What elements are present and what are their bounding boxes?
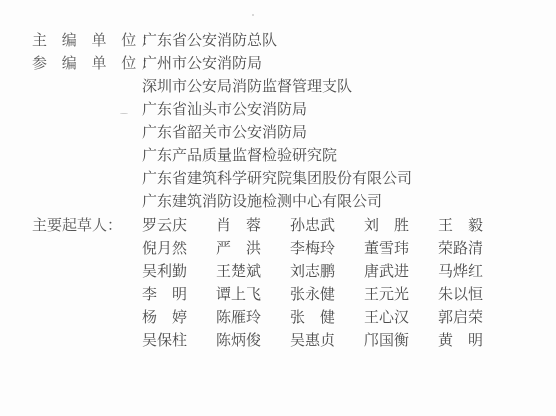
participating-label: 参 编 单 位： — [32, 52, 140, 74]
drafter-name: 邝国衡 — [364, 329, 438, 351]
drafter-names: 吴利勤 王楚斌 刘志鹏 唐武进 马烨红 — [142, 260, 512, 282]
drafter-name: 倪月然 — [142, 237, 216, 259]
drafter-name: 李 明 — [142, 283, 216, 305]
drafter-name: 罗云庆 — [142, 214, 216, 236]
drafters-label: 主要起草人： — [32, 214, 140, 236]
drafter-name: 唐武进 — [364, 260, 438, 282]
participating-unit: 广东省汕头市公安消防局 — [142, 98, 307, 120]
drafter-name: 李梅玲 — [290, 237, 364, 259]
drafter-name: 朱以恒 — [438, 283, 512, 305]
scan-speck — [252, 14, 254, 16]
participating-unit: 深圳市公安局消防监督管理支队 — [142, 75, 352, 97]
drafter-name: 荣路清 — [438, 237, 512, 259]
drafter-name: 董雪玮 — [364, 237, 438, 259]
chief-editor-unit: 广东省公安消防总队 — [142, 29, 277, 51]
drafter-name: 谭上飞 — [216, 283, 290, 305]
chief-editor-label: 主 编 单 位： — [32, 29, 140, 51]
drafter-name: 陈炳俊 — [216, 329, 290, 351]
drafter-name: 王心汉 — [364, 306, 438, 328]
drafter-name: 王楚斌 — [216, 260, 290, 282]
drafter-name: 王 毅 — [438, 214, 512, 236]
drafter-names: 杨 婷 陈雁玲 张 健 王心汉 郭启荣 — [142, 306, 512, 328]
drafter-name: 黄 明 — [438, 329, 512, 351]
drafter-name: 吴利勤 — [142, 260, 216, 282]
participating-unit: 广东省韶关市公安消防局 — [142, 121, 307, 143]
drafter-name: 马烨红 — [438, 260, 512, 282]
participating-unit: 广东省建筑科学研究院集团股份有限公司 — [142, 167, 412, 189]
drafter-name: 孙忠武 — [290, 214, 364, 236]
drafter-name: 郭启荣 — [438, 306, 512, 328]
drafter-names: 罗云庆 肖 蓉 孙忠武 刘 胜 王 毅 — [142, 214, 512, 236]
participating-unit: 广东产品质量监督检验研究院 — [142, 144, 337, 166]
participating-unit: 广东建筑消防设施检测中心有限公司 — [142, 190, 382, 212]
drafter-name: 吴保柱 — [142, 329, 216, 351]
drafter-name: 张永健 — [290, 283, 364, 305]
participating-unit: 广州市公安消防局 — [142, 52, 262, 74]
drafter-names: 倪月然 严 洪 李梅玲 董雪玮 荣路清 — [142, 237, 512, 259]
drafter-name: 刘 胜 — [364, 214, 438, 236]
drafter-names: 李 明 谭上飞 张永健 王元光 朱以恒 — [142, 283, 512, 305]
drafter-name: 肖 蓉 — [216, 214, 290, 236]
drafter-name: 杨 婷 — [142, 306, 216, 328]
drafter-name: 张 健 — [290, 306, 364, 328]
drafter-names: 吴保柱 陈炳俊 吴惠贞 邝国衡 黄 明 — [142, 329, 512, 351]
drafter-name: 刘志鹏 — [290, 260, 364, 282]
drafter-name: 严 洪 — [216, 237, 290, 259]
drafter-name: 吴惠贞 — [290, 329, 364, 351]
scan-speck — [120, 113, 128, 114]
drafter-name: 王元光 — [364, 283, 438, 305]
drafter-name: 陈雁玲 — [216, 306, 290, 328]
